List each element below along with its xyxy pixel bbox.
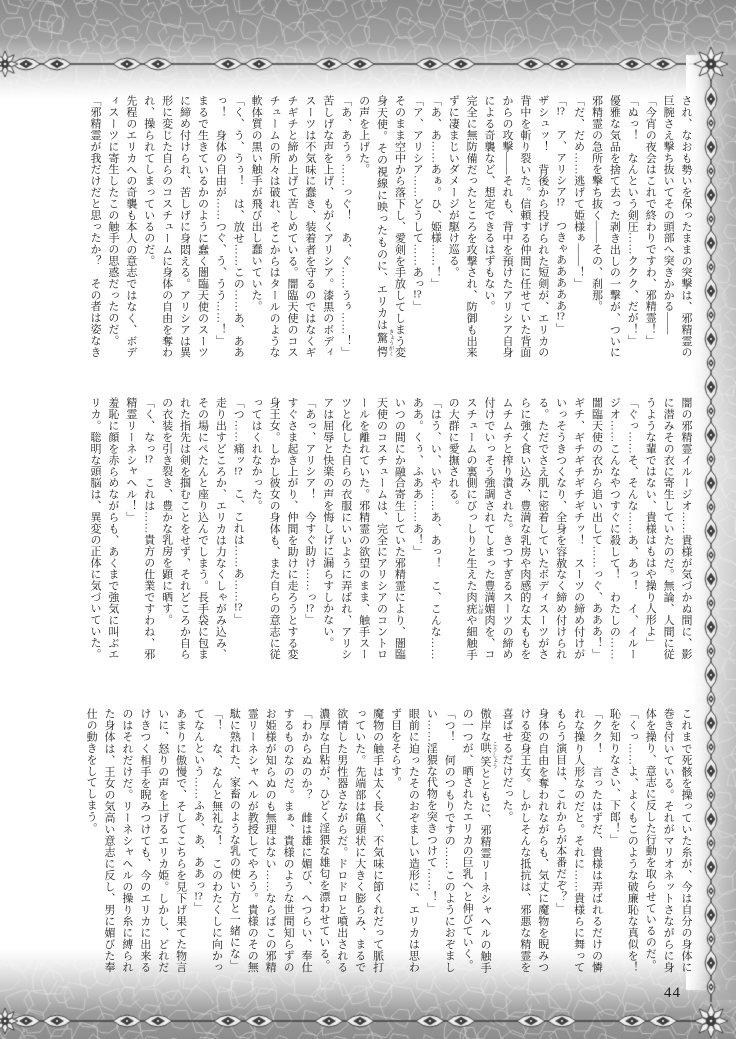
paragraph: ギチ、ギチギチギチギチッ！ スーツの締め付けがいっそうきつくなり、全身を容赦なく… <box>443 397 586 660</box>
paragraph: 「あっ、アリシア！ 今すぐ助け……っ!?」 <box>300 397 318 660</box>
paragraph: 走り出すどころか、エリカは力なくしゃがみ込み、その場にぺたんと座り込んでしまう。… <box>157 397 229 660</box>
paragraph: 傲岸な哄笑こうしょうとともに、邪精霊リーネシャヘルの触手の一つが、晒されたエリカ… <box>457 708 497 973</box>
paragraph: あまりに傲慢で、そしてこちらを見下げ果てた物言いに、怒りの声を上げるエリカ姫。し… <box>81 708 188 973</box>
paragraph: 「つ……痛ッ!? こ、これは……あ……!?」 <box>228 397 246 660</box>
paragraph: 身体の自由を奪われながらも、気丈に魔物を睨みつける変身王女。しかしそんな抵抗は、… <box>497 708 551 973</box>
paragraph: 「わからぬのか？ 雌は雄に媚び、へつらい、奉仕するものなのだ。まぁ、貴様のような… <box>224 708 314 973</box>
paragraph: 「くっ……よ、よくもこのような破廉恥な真似を！恥を知りなさい、下郎！」 <box>604 708 640 973</box>
book-page: され、なおも勢いを保ったままの突撃は、邪精霊の巨腕さえ撃ち抜いてその頭部へ突きか… <box>0 0 736 1039</box>
paragraph: 魔物の触手は太く長く、不気味に節くれだって脈打っていた。先端部は亀頭状に大きく膨… <box>314 708 386 973</box>
paragraph: 「！ な、なんと無礼な！ このわたくしに向かってなんという……ふあ、あ、ああっ!… <box>189 708 225 973</box>
paragraph: 「!? ア、アリシア!? つきゃあああああ!?」 <box>551 95 569 358</box>
paragraph: まるで生きているかのように蠢く闇臨天使のスーツに締め付けられ、苦しげに身悶える。… <box>139 95 211 358</box>
paragraph: 「はう、い、いや……あ、あっ！ こ、こんな……ああ。くぅ、ふああ……あ！」 <box>407 397 443 660</box>
text-tier-1: され、なおも勢いを保ったままの突撃は、邪精霊の巨腕さえ撃ち抜いてその頭部へ突きか… <box>82 95 694 358</box>
paragraph: 「だ、だめ……逃げて姫様ぁ――！」 <box>569 95 587 358</box>
paragraph: 先程のエリカへの奇襲も本人の意志ではなく、ボディスーツに寄生したこの触手の思惑だ… <box>103 95 139 358</box>
paragraph: 「今宵の夜会はこれで終わりですわ、邪精霊！」 <box>640 95 658 358</box>
paragraph: 「く、う、うぅ！ は、放せ……この……あ、ああっ！ 身体の自由が……つぐ、う、う… <box>210 95 246 358</box>
paragraph: 優雅な気品を捨て去った剥き出しの一撃が、ついに邪精霊の急所を撃ち抜く――その、刹… <box>587 95 623 358</box>
paragraph: 「つ！ 何のつもりですの……このようにおぞましい……淫猥な代物を突きつけて……！… <box>421 708 457 973</box>
paragraph: すぐさま起き上がり、仲間を助けに走ろうとする変身王女。しかし彼女の身体も、また自… <box>246 397 300 660</box>
paragraph: ザシュッ！ 背後から投げられた短剣が、エリカの背中を斬り裂いた。信頼する仲間に任… <box>479 95 551 358</box>
paragraph: いつの間にか融合寄生していた邪精霊により、闇臨天使のコスチュームは、完全にアリシ… <box>318 397 408 660</box>
paragraph: 「あ、あ……あぁ。ひ、姫様……！」 <box>425 95 443 358</box>
paragraph: 苦しげな声を上げ、もがくアリシア。漆黒のボディスーツは不気味に蠢き、装着者を守る… <box>246 95 336 358</box>
paragraph: され、なおも勢いを保ったままの突撃は、邪精霊の巨腕さえ撃ち抜いてその頭部へ突きか… <box>658 95 694 358</box>
text-tier-3: これまで死骸を操っていた糸が、今は自分の身体に巻き付いている。それがマリオネット… <box>82 708 694 973</box>
page-number: 44 <box>664 985 681 1002</box>
paragraph: 「く、なっ!? これは……貴方の仕業ですわね、邪精霊リーネシャヘル！」 <box>121 397 157 660</box>
paragraph: 「ア、アリシア……どうして……あっ!?」 <box>408 95 426 358</box>
paragraph: そのまま空中から落下し、愛剣を手放してしまう変身天使。その視線に映ったものに、エ… <box>354 95 408 358</box>
paragraph: 「邪精霊が我だけだと思ったか？ その者は姿なき <box>85 95 103 358</box>
paragraph: 羞恥に顔を赤らめながらも、あくまで強気に叫ぶエリカ。聡明な頭脳は、異変の正体に気… <box>85 397 121 660</box>
paragraph: 「ぬっ！ なんという剣圧……ククク、だが！」 <box>622 95 640 358</box>
text-tier-2: 闇の邪精霊イルージオ……貴様が気づかぬ間に、影に潜みその衣に寄生していたのだ。無… <box>82 397 694 660</box>
paragraph: 「ぐっ……そ、そんな……あ、あっ！ イ、イルージオ……こんなやつすぐに殺して！ … <box>587 397 641 660</box>
paragraph: 完全に無防備だったところを攻撃され、防御も出来ずに凄まじいダメージが駆け巡る。 <box>443 95 479 358</box>
paragraph: 眼前に迫ったそのおぞましい造形に、エリカは思わず目をそらす。 <box>386 708 422 973</box>
paragraph: これまで死骸を操っていた糸が、今は自分の身体に巻き付いている。それがマリオネット… <box>640 708 694 973</box>
paragraph: 「あ、あうぅ……っぐ！ あ、ぐ……うぅ……！」 <box>336 95 354 358</box>
ornament-border-top <box>0 0 736 110</box>
paragraph: 闇の邪精霊イルージオ……貴様が気づかぬ間に、影に潜みその衣に寄生していたのだ。無… <box>640 397 694 660</box>
paragraph: 「クク！ 言ったはずだ、貴様は弄ばれるだけの憐れな操り人形なのだと。それに……貴… <box>551 708 605 973</box>
